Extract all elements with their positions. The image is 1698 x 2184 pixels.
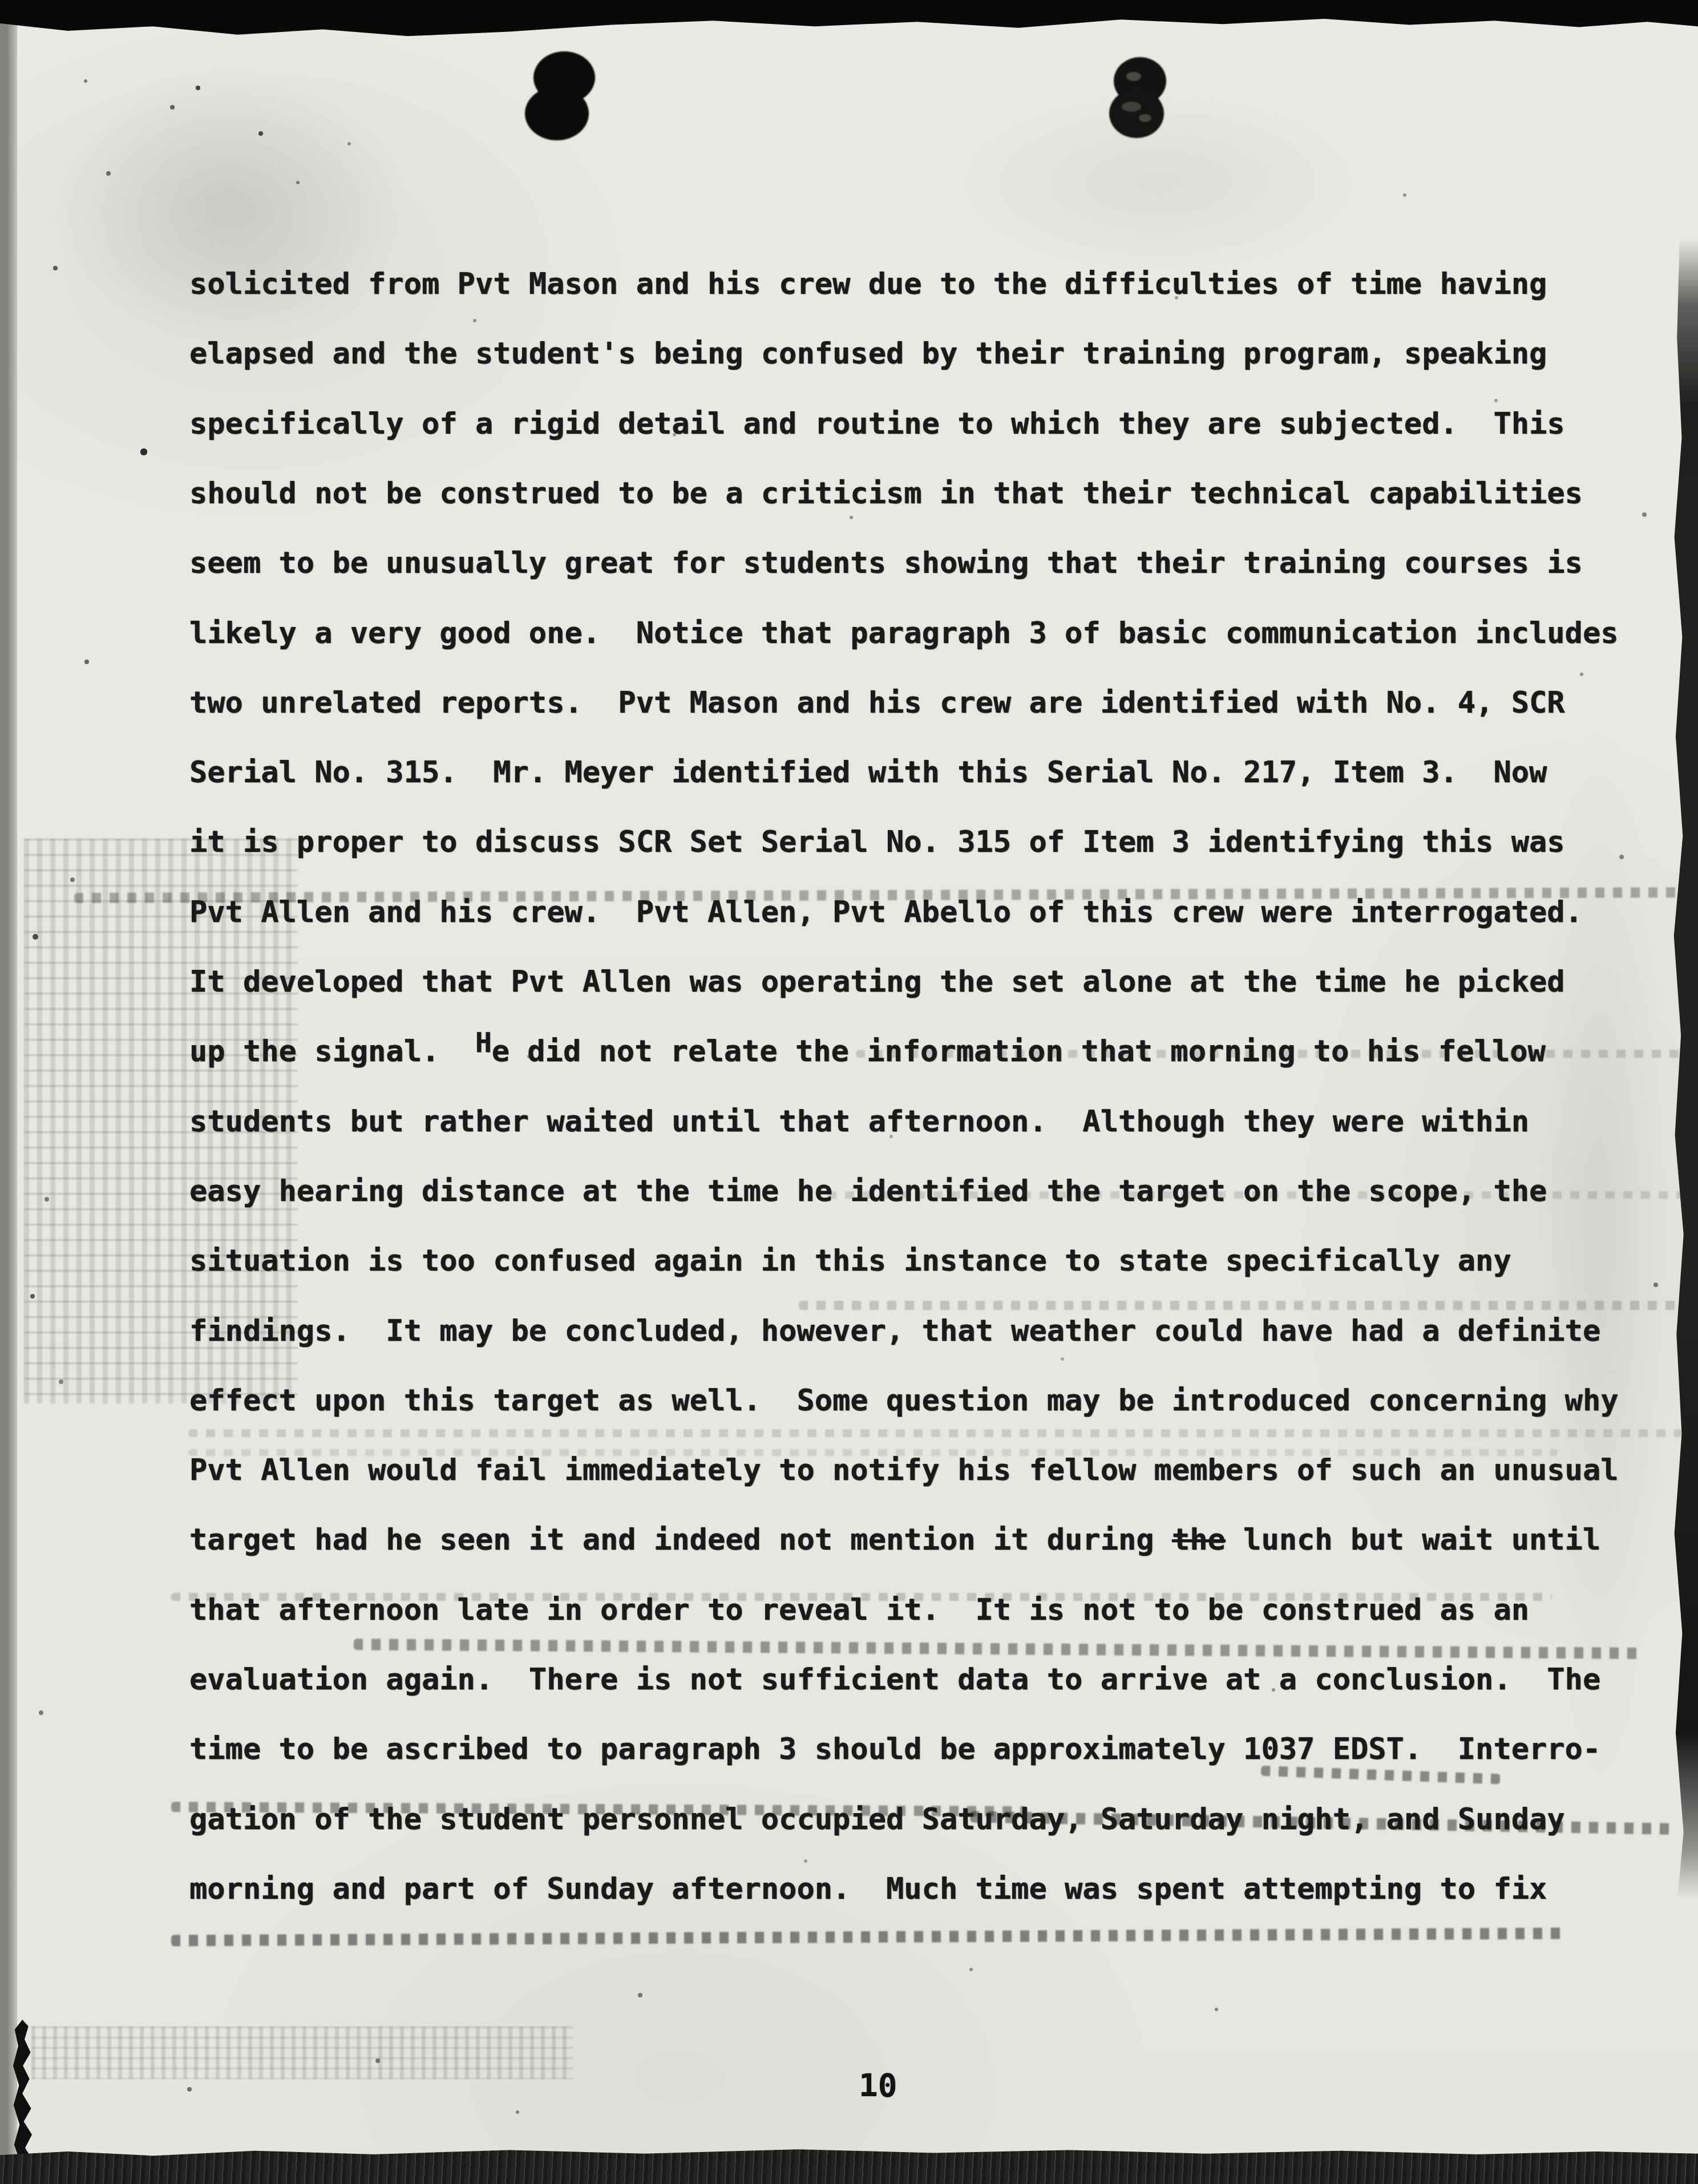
text-line: seem to be unusually great for students …: [189, 547, 1583, 580]
text-line: findings. It may be concluded, however, …: [189, 1315, 1600, 1348]
text-line: Pvt Allen would fail immediately to noti…: [189, 1454, 1619, 1487]
text-line: that afternoon late in order to reveal i…: [189, 1594, 1529, 1627]
text-segment: It developed that Pvt Allen was operatin…: [189, 965, 1565, 999]
superscript-letter: H: [475, 1028, 492, 1059]
text-line: gation of the student personnel occupied…: [189, 1803, 1565, 1836]
text-segment: target had he seen it and indeed not men…: [189, 1523, 1172, 1557]
bottom-edge-scan-bar: [0, 2149, 1698, 2184]
text-segment: up the signal.: [189, 1034, 475, 1069]
text-segment: morning and part of Sunday afternoon. Mu…: [189, 1872, 1547, 1906]
text-line: target had he seen it and indeed not men…: [189, 1524, 1600, 1556]
text-segment: effect upon this target as well. Some qu…: [189, 1384, 1619, 1418]
text-line: should not be construed to be a criticis…: [189, 478, 1583, 510]
scanned-document-page: solicited from Pvt Mason and his crew du…: [0, 0, 1698, 2184]
text-line: up the signal. He did not relate the inf…: [189, 1036, 1546, 1068]
text-segment: should not be construed to be a criticis…: [189, 476, 1583, 511]
text-segment: elapsed and the student's being confused…: [189, 337, 1547, 371]
text-line: two unrelated reports. Pvt Mason and his…: [189, 687, 1565, 719]
text-segment: time to be ascribed to paragraph 3 shoul…: [189, 1732, 1600, 1766]
text-segment: specifically of a rigid detail and routi…: [189, 407, 1565, 441]
text-line: it is proper to discuss SCR Set Serial N…: [189, 826, 1565, 859]
text-segment: students but rather waited until that af…: [189, 1105, 1529, 1139]
text-line: elapsed and the student's being confused…: [189, 338, 1547, 370]
left-margin-shadow: [0, 0, 17, 2184]
text-segment: lunch but wait until: [1226, 1523, 1600, 1557]
text-segment: easy hearing distance at the time he ide…: [189, 1174, 1547, 1208]
text-line: situation is too confused again in this …: [189, 1245, 1511, 1277]
text-line: Serial No. 315. Mr. Meyer identified wit…: [189, 757, 1547, 789]
text-line: specifically of a rigid detail and routi…: [189, 408, 1565, 440]
text-segment: findings. It may be concluded, however, …: [189, 1314, 1600, 1348]
text-line: evaluation again. There is not sufficien…: [189, 1664, 1600, 1696]
text-line: students but rather waited until that af…: [189, 1106, 1529, 1138]
text-segment: Pvt Allen and his crew. Pvt Allen, Pvt A…: [189, 895, 1583, 929]
text-segment: evaluation again. There is not sufficien…: [189, 1663, 1600, 1697]
text-segment: that afternoon late in order to reveal i…: [189, 1593, 1529, 1627]
strikethrough-word: the: [1172, 1523, 1226, 1557]
text-segment: Serial No. 315. Mr. Meyer identified wit…: [189, 755, 1547, 790]
text-segment: it is proper to discuss SCR Set Serial N…: [189, 825, 1565, 859]
text-segment: likely a very good one. Notice that para…: [189, 616, 1619, 650]
text-segment: two unrelated reports. Pvt Mason and his…: [189, 686, 1565, 720]
text-line: Pvt Allen and his crew. Pvt Allen, Pvt A…: [189, 896, 1583, 929]
text-segment: gation of the student personnel occupied…: [189, 1802, 1565, 1837]
text-segment: seem to be unusually great for students …: [189, 546, 1583, 580]
text-line: morning and part of Sunday afternoon. Mu…: [189, 1873, 1547, 1906]
text-segment: Pvt Allen would fail immediately to noti…: [189, 1453, 1619, 1487]
text-line: solicited from Pvt Mason and his crew du…: [189, 268, 1547, 301]
text-line: It developed that Pvt Allen was operatin…: [189, 966, 1565, 998]
text-line: likely a very good one. Notice that para…: [189, 617, 1619, 650]
text-segment: e did not relate the information that mo…: [492, 1034, 1546, 1069]
page-text: solicited from Pvt Mason and his crew du…: [0, 0, 1698, 2184]
text-line: effect upon this target as well. Some qu…: [189, 1385, 1619, 1417]
text-segment: solicited from Pvt Mason and his crew du…: [189, 267, 1547, 301]
text-line: time to be ascribed to paragraph 3 shoul…: [189, 1733, 1600, 1766]
text-line: easy hearing distance at the time he ide…: [189, 1175, 1547, 1208]
page-number: 10: [859, 2070, 897, 2102]
text-segment: situation is too confused again in this …: [189, 1244, 1511, 1278]
